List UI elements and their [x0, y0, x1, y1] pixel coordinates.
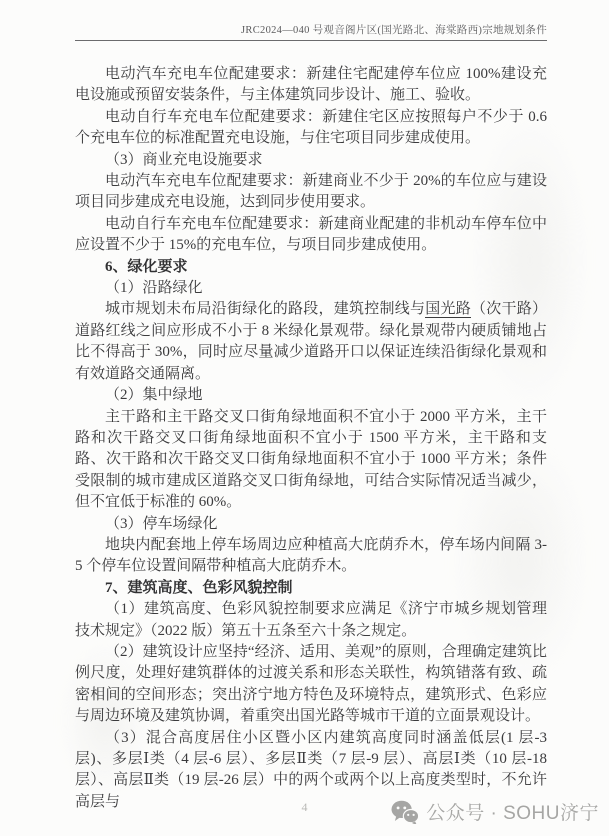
- subheading-concentrated-greenspace: （2）集中绿地: [75, 385, 547, 406]
- heading-building-height-color: 7、建筑高度、色彩风貌控制: [75, 578, 547, 599]
- paragraph-roadside-greening: 城市规划未布局沿街绿化的路段，建筑控制线与国光路（次干路）道路红线之间应形成不小…: [75, 299, 547, 385]
- paragraph-parking-greening: 地块内配套地上停车场周边应种植高大庇荫乔木，停车场内间隔 3-5 个停车位设置间…: [75, 535, 547, 578]
- watermark: 公众号 · SOHU济宁: [391, 798, 599, 825]
- paragraph-corner-greenspace: 主干路和主干路交叉口街角绿地面积不宜小于 2000 平方米，主干路和次干路交叉口…: [75, 407, 547, 514]
- paragraph-ebike-residential: 电动自行车充电车位配建要求：新建住宅区应按照每户不少于 0.6 个充电车位的标准…: [75, 107, 547, 150]
- paragraph-text-pre: 城市规划未布局沿街绿化的路段，建筑控制线与: [105, 301, 425, 317]
- wechat-icon: [391, 800, 419, 824]
- document-body: 电动汽车充电车位配建要求：新建住宅配建停车位应 100%建设充电设施或预留安装条…: [75, 64, 547, 813]
- paragraph-height-color-regulation: （1）建筑高度、色彩风貌控制要求应满足《济宁市城乡规划管理技术规定》（2022 …: [75, 599, 547, 642]
- watermark-text: 公众号 · SOHU济宁: [426, 798, 599, 825]
- header-title: JRC2024—040 号观音阁片区(国光路北、海棠路西)宗地规划条件: [241, 25, 547, 36]
- underlined-road-name: 国光路: [425, 301, 471, 318]
- subheading-roadside-greening: （1）沿路绿化: [75, 278, 547, 299]
- heading-greening-requirements: 6、绿化要求: [75, 257, 547, 278]
- paragraph-ev-car-commercial: 电动汽车充电车位配建要求：新建商业不少于 20%的车位应与建设项目同步建成充电设…: [75, 171, 547, 214]
- header-rule: [75, 40, 547, 41]
- subheading-parking-greening: （3）停车场绿化: [75, 514, 547, 535]
- page-header: JRC2024—040 号观音阁片区(国光路北、海棠路西)宗地规划条件: [75, 22, 547, 37]
- subheading-commercial-charging: （3）商业充电设施要求: [75, 150, 547, 171]
- document-page: JRC2024—040 号观音阁片区(国光路北、海棠路西)宗地规划条件 电动汽车…: [0, 0, 609, 836]
- paragraph-ev-car-residential: 电动汽车充电车位配建要求：新建住宅配建停车位应 100%建设充电设施或预留安装条…: [75, 64, 547, 107]
- paragraph-ebike-commercial: 电动自行车充电车位配建要求：新建商业配建的非机动车停车位中应设置不少于 15%的…: [75, 214, 547, 257]
- paragraph-design-principles: （2）建筑设计应坚持“经济、适用、美观”的原则，合理确定建筑比例尺度，处理好建筑…: [75, 642, 547, 728]
